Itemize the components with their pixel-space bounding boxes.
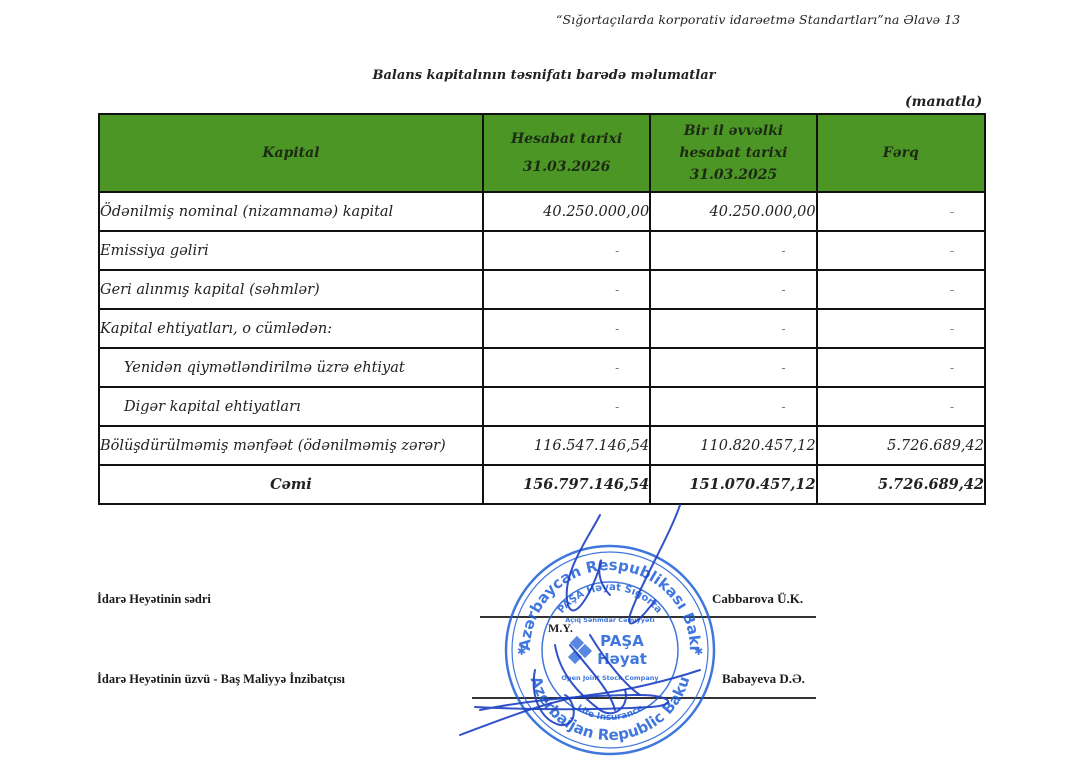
stamp-inner-english: Open Joint Stock Company	[561, 674, 659, 682]
capital-table: Kapital Hesabat tarixi 31.03.2026 Bir il…	[98, 113, 986, 505]
svg-text:✱: ✱	[694, 645, 703, 658]
table-row: Digər kapital ehtiyatları---	[99, 387, 985, 426]
row-label: Bölüşdürülməmiş mənfəət (ödənilməmiş zər…	[99, 426, 483, 465]
stamp-inner-bottom: Life Insurance	[575, 703, 646, 723]
table-row: Bölüşdürülməmiş mənfəət (ödənilməmiş zər…	[99, 426, 985, 465]
row-label: Emissiya gəliri	[99, 231, 483, 270]
table-row: Yenidən qiymətləndirilmə üzrə ehtiyat---	[99, 348, 985, 387]
table-row: Emissiya gəliri---	[99, 231, 985, 270]
row-current-value: -	[483, 270, 650, 309]
svg-text:Life Insurance: Life Insurance	[575, 703, 646, 723]
row-current-value: -	[483, 309, 650, 348]
total-current-value: 156.797.146,54	[483, 465, 650, 504]
total-previous-value: 151.070.457,12	[650, 465, 816, 504]
document-title: Balans kapitalının təsnifatı barədə məlu…	[0, 68, 1080, 83]
company-stamp-icon: Azərbaycan Respublikası Bakı Azerbaijan …	[500, 540, 720, 760]
row-difference-value: -	[817, 192, 985, 231]
header-current-date: Hesabat tarixi 31.03.2026	[483, 114, 650, 192]
row-difference-value: -	[817, 309, 985, 348]
table-total-row: Cəmi156.797.146,54151.070.457,125.726.68…	[99, 465, 985, 504]
chair-role: İdarə Heyətinin sədri	[97, 592, 211, 607]
stamp-brand-2: Həyat	[597, 650, 647, 668]
header-previous-label-1: Bir il əvvəlki	[651, 120, 815, 142]
header-difference: Fərq	[817, 114, 985, 192]
cfo-role: İdarə Heyətinin üzvü - Baş Maliyyə İnzib…	[97, 672, 345, 687]
row-difference-value: 5.726.689,42	[817, 426, 985, 465]
header-capital: Kapital	[99, 114, 483, 192]
seal-mark: M.Y.	[548, 621, 573, 636]
row-previous-value: -	[650, 309, 816, 348]
row-label: Kapital ehtiyatları, o cümlədən:	[99, 309, 483, 348]
row-current-value: -	[483, 231, 650, 270]
table-row: Ödənilmiş nominal (nizamnamə) kapital40.…	[99, 192, 985, 231]
table-row: Kapital ehtiyatları, o cümlədən:---	[99, 309, 985, 348]
header-current-label: Hesabat tarixi	[484, 128, 649, 150]
row-difference-value: -	[817, 348, 985, 387]
row-difference-value: -	[817, 387, 985, 426]
row-previous-value: -	[650, 387, 816, 426]
row-previous-value: -	[650, 270, 816, 309]
stamp-brand-1: PAŞA	[600, 632, 644, 650]
row-previous-value: -	[650, 231, 816, 270]
row-difference-value: -	[817, 231, 985, 270]
stamp-inner-top: PAŞA Həyat Sığorta	[556, 582, 664, 616]
row-current-value: -	[483, 387, 650, 426]
row-difference-value: -	[817, 270, 985, 309]
header-previous-value: 31.03.2025	[651, 164, 815, 186]
row-previous-value: 110.820.457,12	[650, 426, 816, 465]
row-current-value: 40.250.000,00	[483, 192, 650, 231]
row-label: Yenidən qiymətləndirilmə üzrə ehtiyat	[99, 348, 483, 387]
table-header-row: Kapital Hesabat tarixi 31.03.2026 Bir il…	[99, 114, 985, 192]
chair-name: Cabbarova Ü.K.	[712, 591, 803, 607]
total-label: Cəmi	[99, 465, 483, 504]
header-previous-date: Bir il əvvəlki hesabat tarixi 31.03.2025	[650, 114, 816, 192]
row-previous-value: -	[650, 348, 816, 387]
table-row: Geri alınmış kapital (səhmlər)---	[99, 270, 985, 309]
svg-text:✱: ✱	[517, 645, 526, 658]
annex-note: “Sığortaçılarda korporativ idarəetmə Sta…	[556, 12, 960, 27]
document-title-text: Balans kapitalının təsnifatı barədə məlu…	[372, 68, 715, 83]
row-label: Ödənilmiş nominal (nizamnamə) kapital	[99, 192, 483, 231]
currency-unit: (manatla)	[905, 94, 982, 110]
total-difference-value: 5.726.689,42	[817, 465, 985, 504]
cfo-name: Babayeva D.Ə.	[722, 671, 805, 687]
svg-text:PAŞA Həyat Sığorta: PAŞA Həyat Sığorta	[556, 582, 664, 616]
row-current-value: -	[483, 348, 650, 387]
header-previous-label-2: hesabat tarixi	[651, 142, 815, 164]
stamp-inner-sub: Açıq Səhmdar Cəmiyyəti	[565, 616, 654, 624]
row-label: Geri alınmış kapital (səhmlər)	[99, 270, 483, 309]
row-previous-value: 40.250.000,00	[650, 192, 816, 231]
header-current-value: 31.03.2026	[484, 156, 649, 178]
row-current-value: 116.547.146,54	[483, 426, 650, 465]
row-label: Digər kapital ehtiyatları	[99, 387, 483, 426]
